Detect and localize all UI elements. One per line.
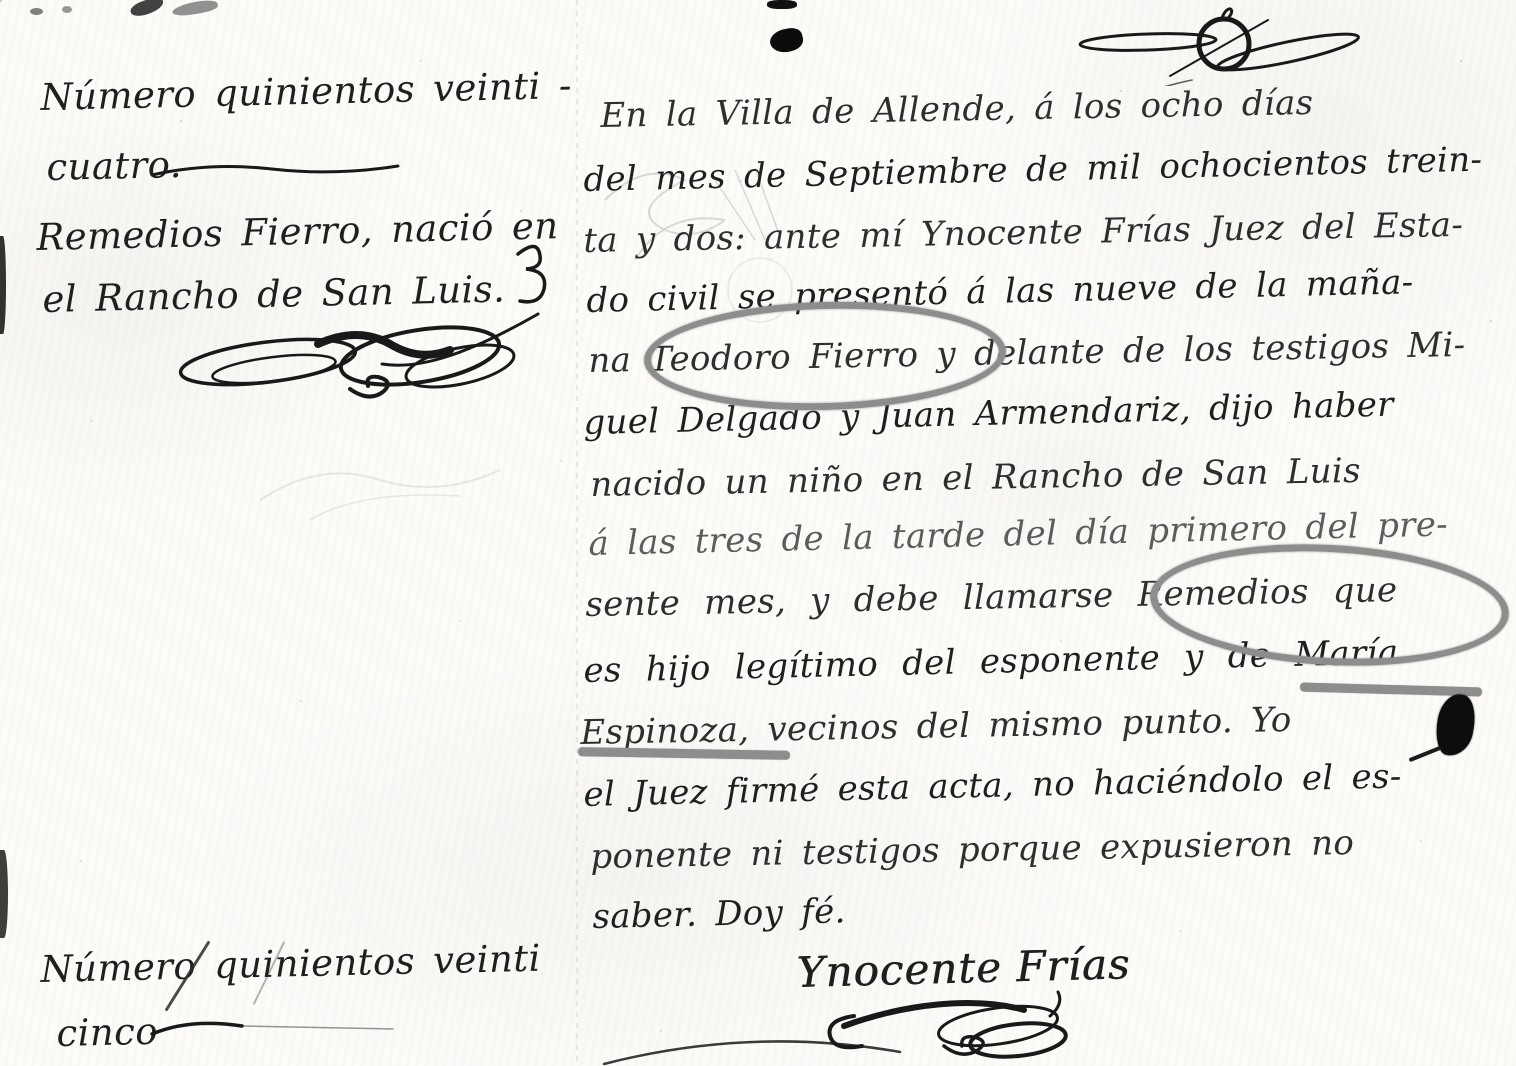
left-edge-streak — [0, 850, 8, 938]
body-line: saber. Doy fé. — [592, 891, 846, 937]
body-line: Espinoza, vecinos del mismo punto. Yo — [580, 700, 1292, 753]
underline-flourish — [150, 1016, 395, 1040]
margin-index-line1: Remedios Fierro, nació en — [36, 204, 559, 259]
paraph-mark — [500, 242, 560, 322]
ink-blob-top — [768, 26, 805, 55]
rubric-flourish-top — [1072, 2, 1364, 86]
margin-record-number-525-line2: cinco — [56, 1010, 158, 1055]
body-line: En la Villa de Allende, á los ocho días — [600, 83, 1314, 136]
body-line: nacido un niño en el Rancho de San Luis — [590, 451, 1361, 505]
ink-smudge — [30, 8, 43, 15]
ink-smudge — [171, 0, 218, 18]
bottom-arc-stroke — [602, 1038, 904, 1066]
ink-smudge — [62, 6, 72, 13]
underline-flourish — [150, 160, 400, 182]
paper-speckles — [0, 0, 2, 2]
rubric-flourish-left — [168, 312, 540, 410]
ink-smudge — [129, 0, 166, 19]
ink-blob-top — [767, 0, 797, 9]
body-line: el Juez firmé esta acta, no haciéndolo e… — [583, 756, 1402, 815]
left-edge-streak — [0, 236, 6, 334]
ink-blot-tail — [1408, 746, 1441, 762]
body-line: ponente ni testigos porque expusieron no — [590, 823, 1354, 877]
fold-line — [576, 0, 578, 1066]
bleed-through-scribbles — [250, 420, 510, 544]
margin-record-number-524-line1: Número quinientos veinti - — [40, 64, 572, 119]
margin-record-number-525-line1: Número quinientos veinti — [40, 937, 541, 991]
scanned-birth-record-page: Número quinientos veinti - cuatro. Remed… — [0, 0, 1516, 1066]
